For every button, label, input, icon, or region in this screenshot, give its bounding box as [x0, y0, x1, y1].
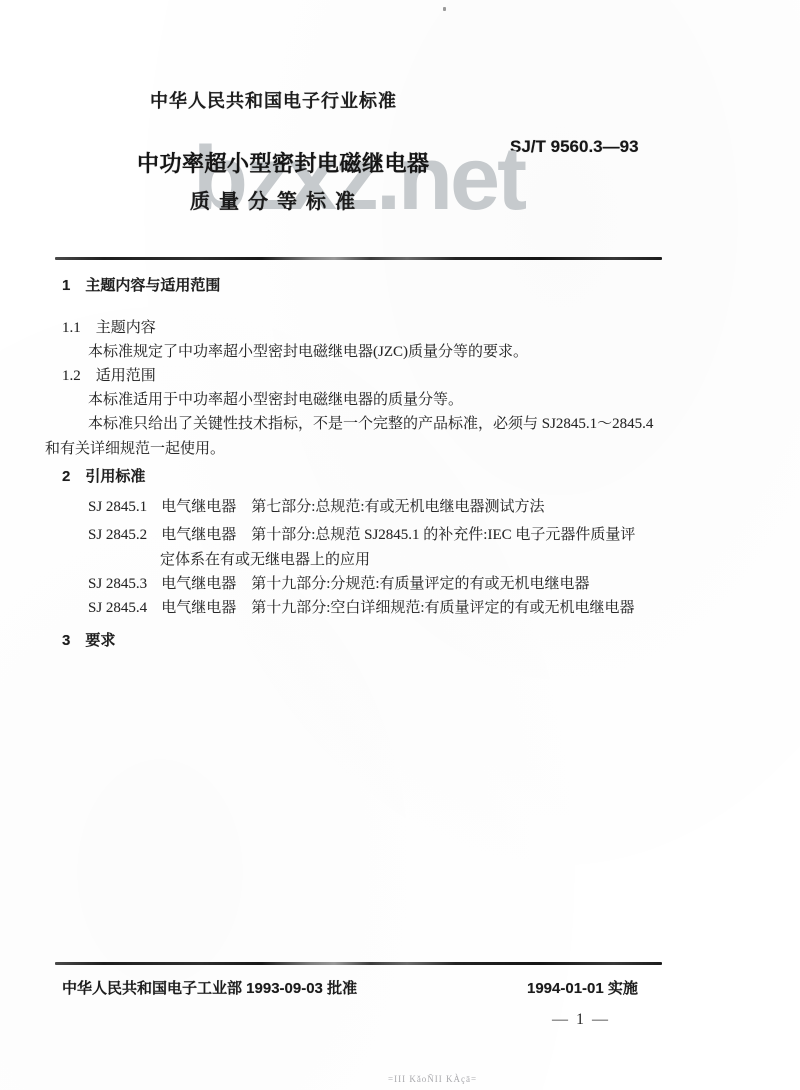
standard-org-title: 中华人民共和国电子行业标准 [150, 90, 397, 113]
reference-title: 电气继电器 第十九部分:空白详细规范:有质量评定的有或无机电继电器 [161, 600, 634, 616]
document-title-line1: 中功率超小型密封电磁继电器 [137, 150, 430, 178]
document-title-line2: 质量分等标准 [190, 190, 364, 215]
reference-title: 电气继电器 第七部分:总规范:有或无机电继电器测试方法 [161, 499, 544, 515]
section-1-2-line2: 本标准只给出了关键性技术指标，不是一个完整的产品标准，必须与 SJ2845.1～… [88, 415, 653, 434]
reference-code: SJ 2845.4 [88, 599, 147, 618]
reference-code: SJ 2845.2 [88, 526, 147, 545]
reference-item-continuation: 定体系在有或无继电器上的应用 [160, 551, 370, 570]
standard-number: SJ/T 9560.3—93 [510, 136, 639, 157]
reference-code: SJ 2845.3 [88, 575, 147, 594]
reference-title: 电气继电器 第十九部分:分规范:有质量评定的有或无机电继电器 [161, 576, 589, 592]
page-number: — 1 — [552, 1010, 610, 1030]
footer-effective-date: 1994-01-01 实施 [527, 980, 638, 999]
bottom-watermark-text: =III KǎoÑII KÀçā= [388, 1074, 477, 1085]
section-1-1-body: 本标准规定了中功率超小型密封电磁继电器(JZC)质量分等的要求。 [88, 343, 528, 362]
section-2-heading: 2 引用标准 [62, 468, 145, 487]
reference-item: SJ 2845.1电气继电器 第七部分:总规范:有或无机电继电器测试方法 [88, 498, 545, 517]
reference-code: SJ 2845.1 [88, 498, 147, 517]
section-1-1-heading: 1.1 主题内容 [62, 319, 156, 338]
section-1-heading: 1 主题内容与适用范围 [62, 277, 220, 296]
reference-item: SJ 2845.4电气继电器 第十九部分:空白详细规范:有质量评定的有或无机电继… [88, 599, 635, 618]
header-divider-rule [55, 257, 662, 260]
scan-speck [443, 7, 446, 11]
reference-item: SJ 2845.3电气继电器 第十九部分:分规范:有质量评定的有或无机电继电器 [88, 575, 590, 594]
section-1-2-line3: 和有关详细规范一起使用。 [45, 440, 225, 459]
section-1-2-line1: 本标准适用于中功率超小型密封电磁继电器的质量分等。 [88, 391, 463, 410]
section-1-2-heading: 1.2 适用范围 [62, 367, 156, 386]
scanned-standard-page: bzxz.net 中华人民共和国电子行业标准 SJ/T 9560.3—93 中功… [0, 0, 800, 1090]
reference-item: SJ 2845.2电气继电器 第十部分:总规范 SJ2845.1 的补充件:IE… [88, 526, 635, 545]
footer-approval-text: 中华人民共和国电子工业部 1993-09-03 批准 [62, 980, 357, 999]
footer-divider-rule [55, 962, 662, 965]
section-3-heading: 3 要求 [62, 632, 115, 651]
reference-title: 电气继电器 第十部分:总规范 SJ2845.1 的补充件:IEC 电子元器件质量… [161, 527, 635, 543]
